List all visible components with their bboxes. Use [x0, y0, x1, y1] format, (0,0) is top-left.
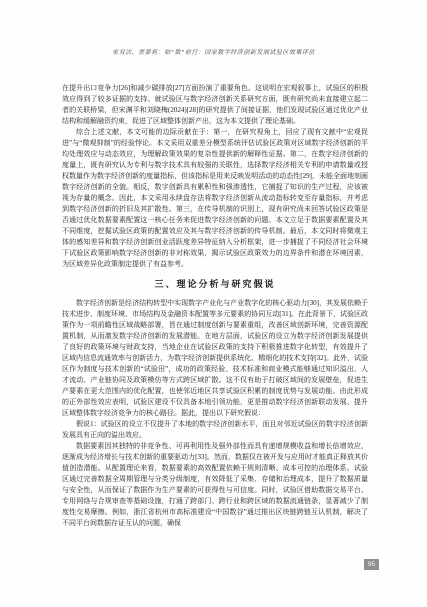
- paragraph-theory: 数字经济创新是经济结构转型中实现数字产业化与产业数字化的核心驱动力[30]，其发…: [62, 298, 368, 419]
- paragraph-continuation: 在提升出口竞争力[26]和减少碳排放[27]方面扮演了重要角色。这说明在宏观叙事…: [62, 83, 368, 127]
- running-header: 宋双洁、贾晏莉：如“数”前行：国家数字经济创新发展试验区效果评估: [0, 48, 427, 58]
- section-heading: 三、理论分析与研究假说: [62, 279, 368, 290]
- paper-page: 宋双洁、贾晏莉：如“数”前行：国家数字经济创新发展试验区效果评估 在提升出口竞争…: [0, 0, 427, 607]
- page-number-badge: 95: [364, 559, 379, 570]
- paragraph-contributions: 综合上述文献，本文可能的边际贡献在于：第一，在研究视角上，回应了现有文献中“宏观…: [62, 127, 368, 270]
- paragraph-data-factor: 数据要素因其独特的非竞争性、可再利用性及强外部性而具有递增规模收益和增长倍增效应…: [62, 441, 368, 529]
- body-text: 在提升出口竞争力[26]和减少碳排放[27]方面扮演了重要角色。这说明在宏观叙事…: [62, 83, 368, 529]
- paragraph-hypothesis-1: 假说1：试验区的设立不仅提升了本地的数字经济创新水平，而且对邻近试验区的数字经济…: [62, 419, 368, 441]
